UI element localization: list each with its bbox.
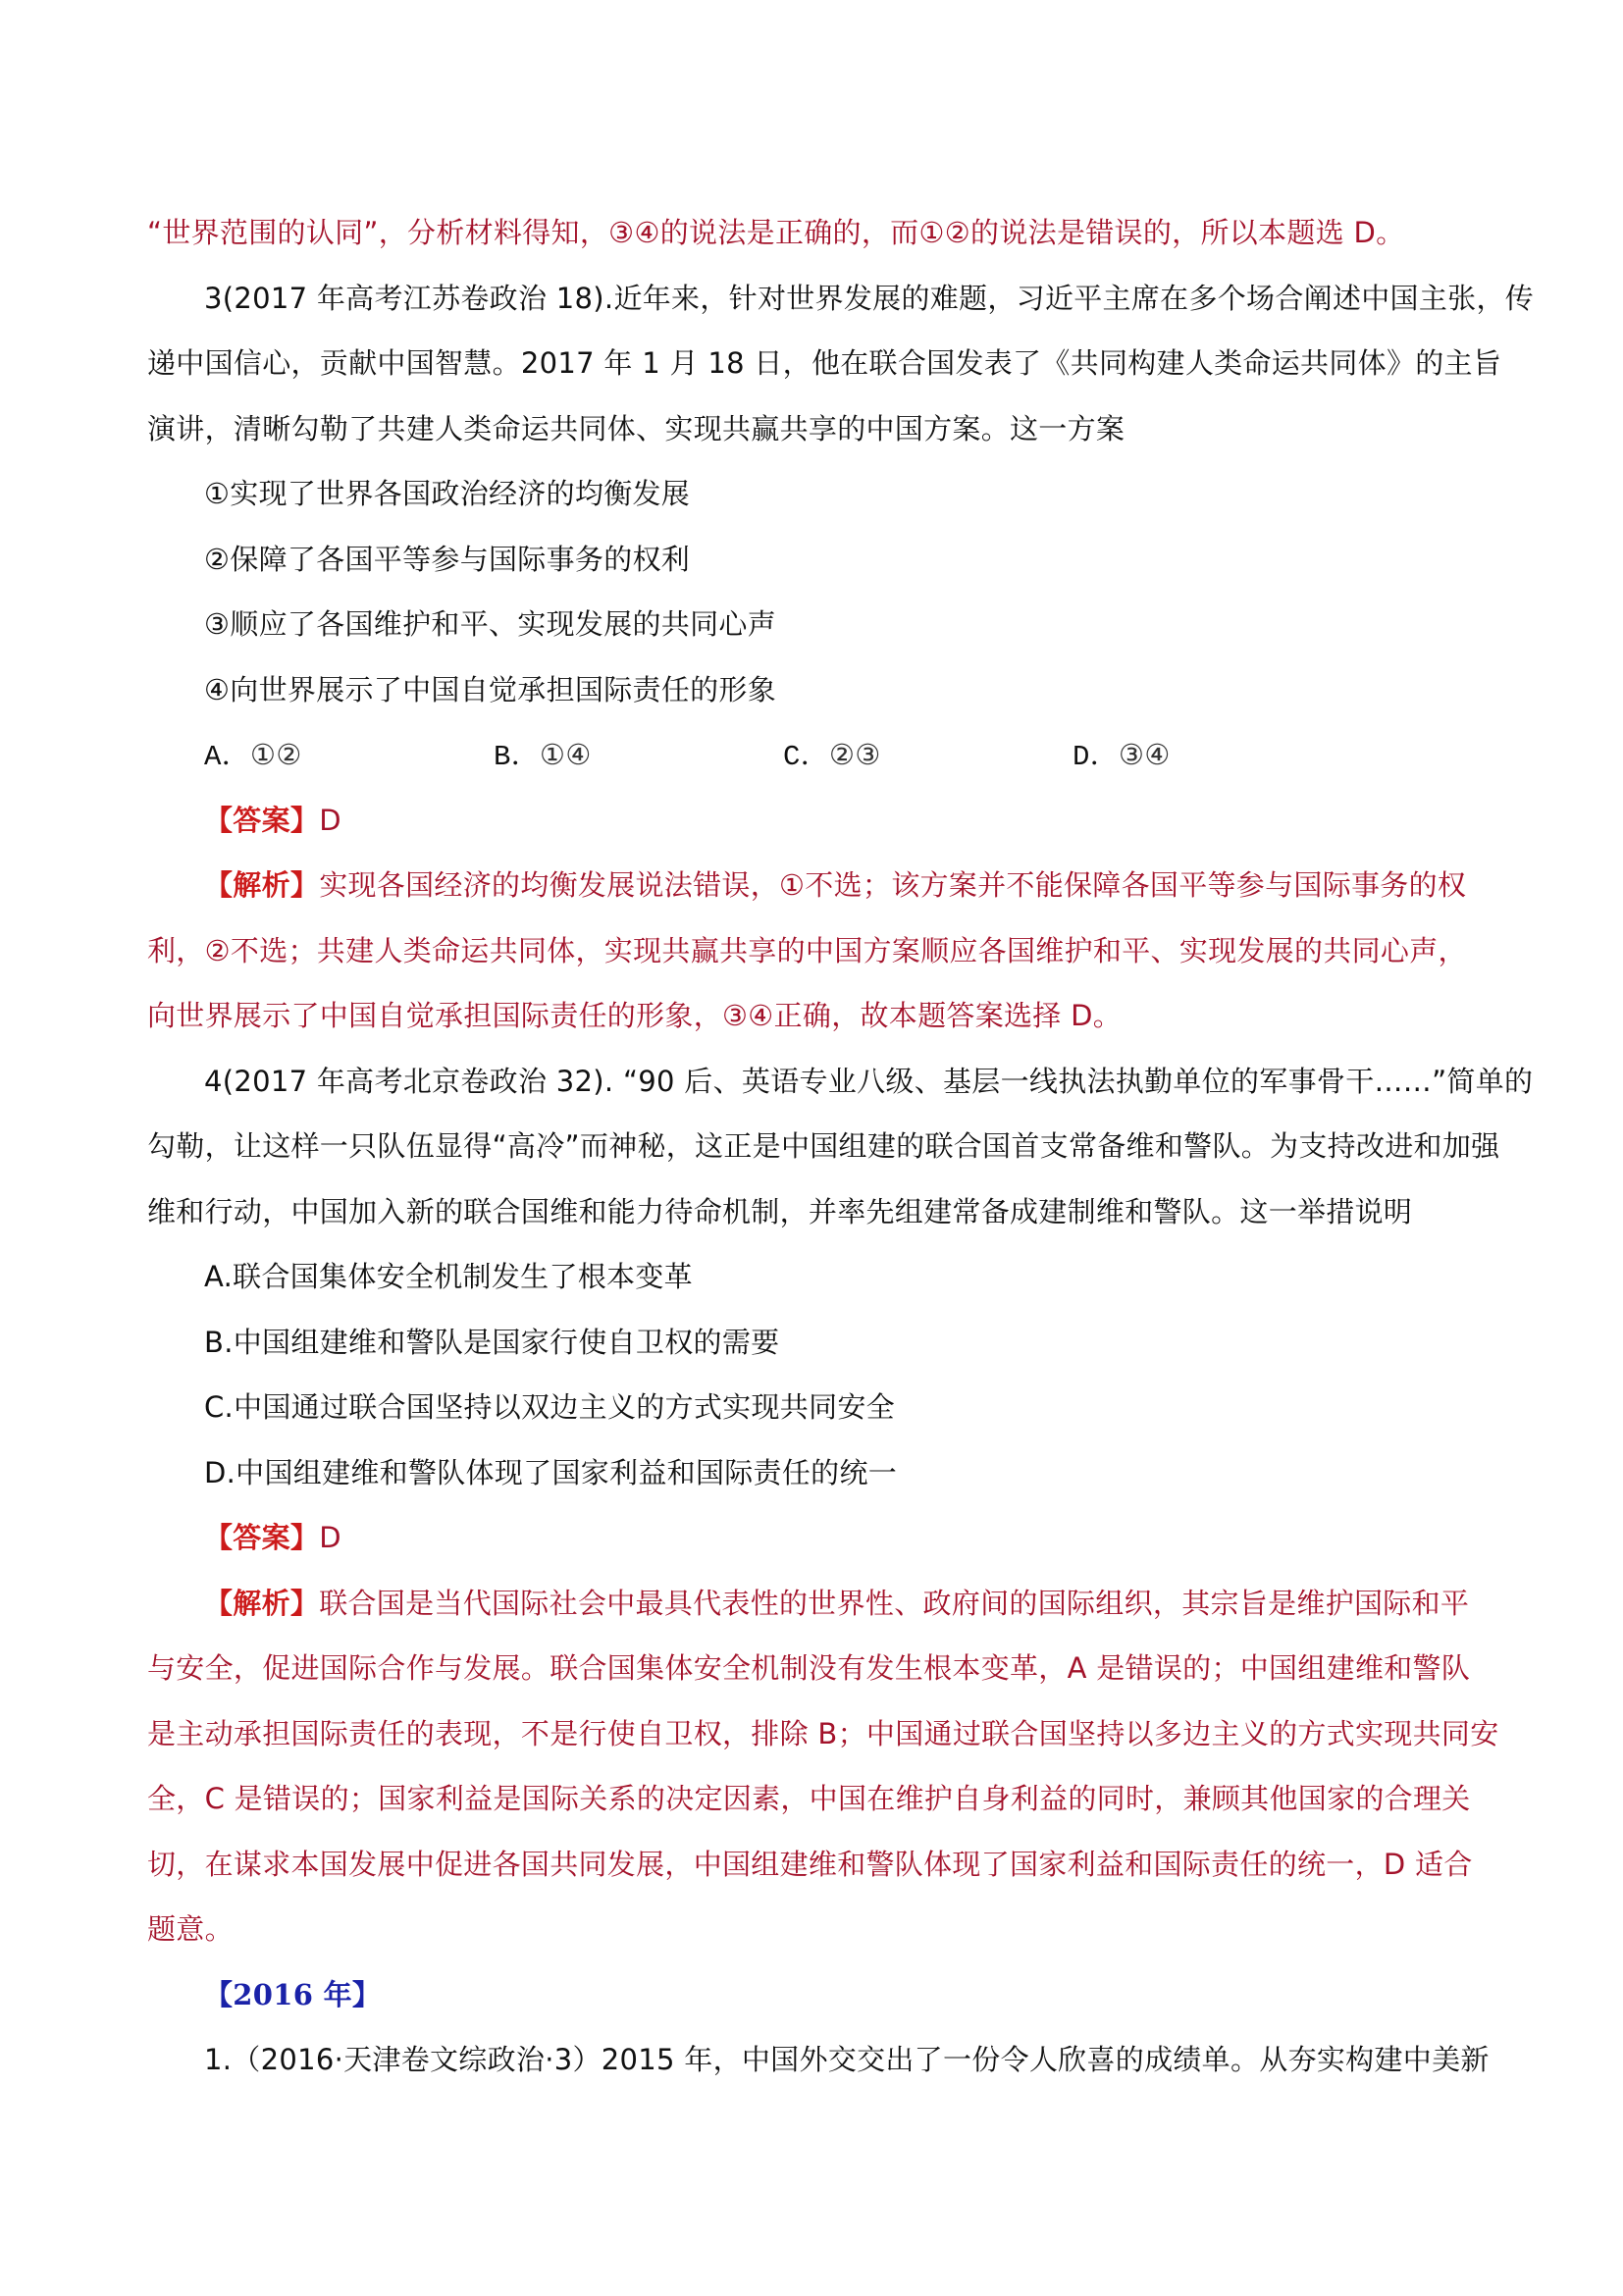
q4-analysis-line-2: 与安全，促进国际合作与发展。联合国集体安全机制没有发生根本变革，A 是错误的；中…: [147, 1636, 1482, 1701]
q3-analysis-line-2: 利，②不选；共建人类命运共同体，实现共赢共享的中国方案顺应各国维护和平、实现发展…: [147, 918, 1482, 984]
option-label: C．: [783, 741, 829, 773]
q4-stem-line-2: 勾勒，让这样一只队伍显得“高冷”而神秘，这正是中国组建的联合国首支常备维和警队。…: [147, 1114, 1482, 1179]
q4-analysis-line-5: 切，在谋求本国发展中促进各国共同发展，中国组建维和警队体现了国家利益和国际责任的…: [147, 1832, 1482, 1898]
q4-analysis-line-4: 全，C 是错误的；国家利益是国际关系的决定因素，中国在维护自身利益的同时，兼顾其…: [147, 1766, 1482, 1832]
q4-analysis-line-3: 是主动承担国际责任的表现，不是行使自卫权，排除 B；中国通过联合国坚持以多边主义…: [147, 1701, 1482, 1767]
q3-stem-line-3: 演讲，清晰勾勒了共建人类命运共同体、实现共赢共享的中国方案。这一方案: [147, 396, 1482, 462]
answer-tag: 【答案】: [204, 804, 319, 837]
analysis-tag: 【解析】: [204, 1587, 319, 1620]
option-label: A．: [204, 741, 250, 773]
q4-analysis-line-6: 题意。: [147, 1897, 1482, 1962]
q4-stem-line-3: 维和行动，中国加入新的联合国维和能力待命机制，并率先组建常备成建制维和警队。这一…: [147, 1179, 1482, 1245]
q3-statement-1: ①实现了世界各国政治经济的均衡发展: [147, 461, 1482, 527]
q3-stem-line-1: 3(2017 年高考江苏卷政治 18).近年来，针对世界发展的难题，习近平主席在…: [147, 266, 1482, 332]
q3-statement-4: ④向世界展示了中国自觉承担国际责任的形象: [147, 657, 1482, 723]
q4-stem-line-1: 4(2017 年高考北京卷政治 32). “90 后、英语专业八级、基层一线执法…: [147, 1049, 1482, 1115]
q3-answer: 【答案】D: [147, 788, 1482, 854]
section-2016: 【2016 年】 1.（2016·天津卷文综政治·3）2015 年，中国外交交出…: [147, 1962, 1482, 2093]
option-label: B．: [494, 741, 540, 773]
q3-statement-2: ②保障了各国平等参与国际事务的权利: [147, 527, 1482, 593]
q3-stem-line-2: 递中国信心，贡献中国智慧。2017 年 1 月 18 日，他在联合国发表了《共同…: [147, 331, 1482, 396]
q3-option-b: B．①④: [494, 722, 783, 788]
q3-option-d: D．③④: [1073, 722, 1362, 788]
q4-analysis-line-1: 【解析】联合国是当代国际社会中最具代表性的世界性、政府间的国际组织，其宗旨是维护…: [147, 1571, 1482, 1637]
option-value: ①④: [540, 738, 592, 771]
previous-analysis-tail: “世界范围的认同”，分析材料得知，③④的说法是正确的，而①②的说法是错误的，所以…: [147, 200, 1482, 266]
question-3: 3(2017 年高考江苏卷政治 18).近年来，针对世界发展的难题，习近平主席在…: [147, 266, 1482, 1049]
option-label: D．: [1073, 741, 1119, 773]
q4-choice-d: D.中国组建维和警队体现了国家利益和国际责任的统一: [147, 1440, 1482, 1506]
q3-analysis-line-3: 向世界展示了中国自觉承担国际责任的形象，③④正确，故本题答案选择 D。: [147, 983, 1482, 1049]
q2016-1-first-line: 1.（2016·天津卷文综政治·3）2015 年，中国外交交出了一份令人欣喜的成…: [147, 2027, 1482, 2093]
q3-analysis-line-1: 【解析】实现各国经济的均衡发展说法错误，①不选；该方案并不能保障各国平等参与国际…: [147, 853, 1482, 918]
q4-choice-a: A.联合国集体安全机制发生了根本变革: [147, 1244, 1482, 1310]
document-body: “世界范围的认同”，分析材料得知，③④的说法是正确的，而①②的说法是错误的，所以…: [147, 200, 1482, 2093]
q4-choice-c: C.中国通过联合国坚持以双边主义的方式实现共同安全: [147, 1375, 1482, 1440]
analysis-text: 实现各国经济的均衡发展说法错误，①不选；该方案并不能保障各国平等参与国际事务的权: [319, 868, 1466, 902]
analysis-text: 联合国是当代国际社会中最具代表性的世界性、政府间的国际组织，其宗旨是维护国际和平: [319, 1587, 1469, 1620]
q4-choice-b: B.中国组建维和警队是国家行使自卫权的需要: [147, 1310, 1482, 1376]
q3-statement-3: ③顺应了各国维护和平、实现发展的共同心声: [147, 592, 1482, 657]
q3-options: A．①② B．①④ C．②③ D．③④: [147, 722, 1482, 788]
option-value: ①②: [250, 738, 302, 771]
q3-option-a: A．①②: [204, 722, 494, 788]
q4-answer: 【答案】D: [147, 1505, 1482, 1571]
answer-value: D: [319, 1521, 341, 1554]
section-heading-2016: 【2016 年】: [147, 1962, 1482, 2028]
analysis-tag: 【解析】: [204, 868, 319, 902]
question-4: 4(2017 年高考北京卷政治 32). “90 后、英语专业八级、基层一线执法…: [147, 1049, 1482, 1962]
q3-option-c: C．②③: [783, 722, 1073, 788]
option-value: ③④: [1119, 738, 1171, 771]
option-value: ②③: [829, 738, 881, 771]
answer-tag: 【答案】: [204, 1521, 319, 1554]
document-page: “世界范围的认同”，分析材料得知，③④的说法是正确的，而①②的说法是错误的，所以…: [0, 0, 1623, 2296]
answer-value: D: [319, 804, 341, 837]
